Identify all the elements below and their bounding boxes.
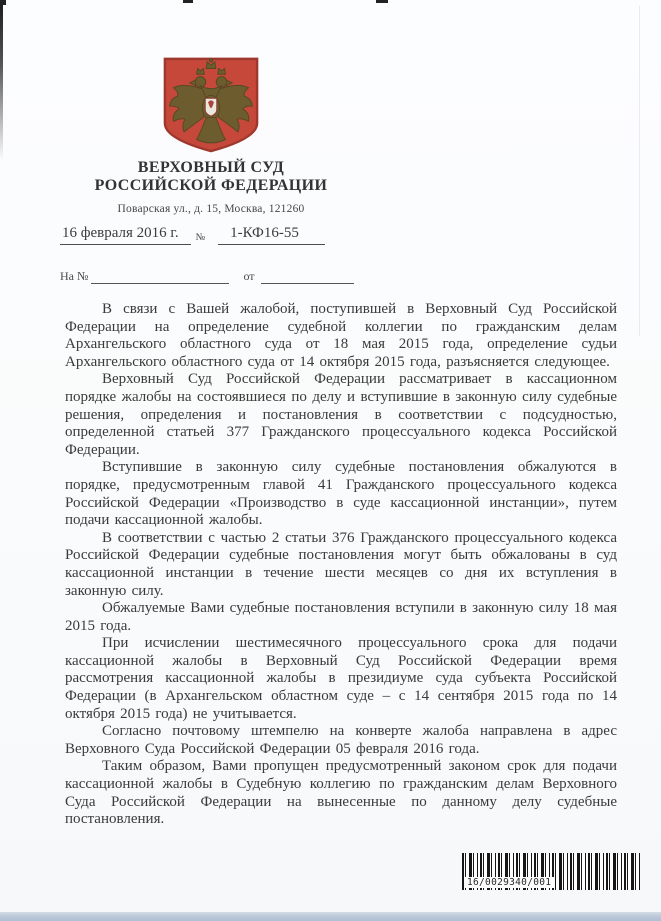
scan-artifact: [183, 0, 193, 3]
scanned-letter-page: ВЕРХОВНЫЙ СУД РОССИЙСКОЙ ФЕДЕРАЦИИ Повар…: [0, 0, 661, 921]
body-paragraph: Таким образом, Вами пропущен предусмотре…: [65, 758, 617, 828]
date-number-row: 16 февраля 2016 г. № 1-КФ16-55: [60, 225, 362, 245]
case-number: 1-КФ16-55: [218, 225, 325, 245]
number-sign: №: [196, 232, 206, 245]
reference-line: На № от: [60, 269, 362, 284]
ref-number-blank: [91, 283, 229, 284]
barcode-number: 16/0029340/001: [464, 877, 554, 888]
scanner-edge-strip: [0, 912, 661, 921]
body-paragraph: При исчислении шестимесячного процессуал…: [65, 635, 617, 723]
letter-date: 16 февраля 2016 г.: [60, 225, 191, 245]
court-address: Поварская ул., д. 15, Москва, 121260: [60, 203, 362, 215]
body-paragraph: Обжалуемые Вами судебные постановления в…: [65, 600, 617, 635]
body-paragraph: В соответствии с частью 2 статьи 376 Гра…: [65, 530, 617, 600]
body-paragraph: В связи с Вашей жалобой, поступившей в В…: [65, 301, 617, 371]
scan-edge-left: [0, 0, 3, 160]
body-paragraph: Согласно почтовому штемпелю на конверте …: [65, 723, 617, 758]
barcode: 16/0029340/001: [462, 853, 640, 890]
body-paragraph: Вступившие в законную силу судебные пост…: [65, 459, 617, 529]
ref-no-label: На №: [60, 269, 88, 284]
scan-artifact: [0, 0, 6, 5]
paper-edge-line: [639, 6, 640, 336]
scan-artifact: [376, 0, 388, 3]
coat-of-arms-icon: [158, 56, 264, 154]
letter-body: В связи с Вашей жалобой, поступившей в В…: [65, 301, 617, 829]
ref-date-blank: [261, 283, 354, 284]
ref-from-label: от: [243, 269, 254, 284]
letterhead: ВЕРХОВНЫЙ СУД РОССИЙСКОЙ ФЕДЕРАЦИИ Повар…: [60, 56, 362, 284]
body-paragraph: Верховный Суд Российской Федерации рассм…: [65, 371, 617, 459]
court-name-line2: РОССИЙСКОЙ ФЕДЕРАЦИИ: [60, 177, 362, 195]
court-name-line1: ВЕРХОВНЫЙ СУД: [60, 159, 362, 177]
